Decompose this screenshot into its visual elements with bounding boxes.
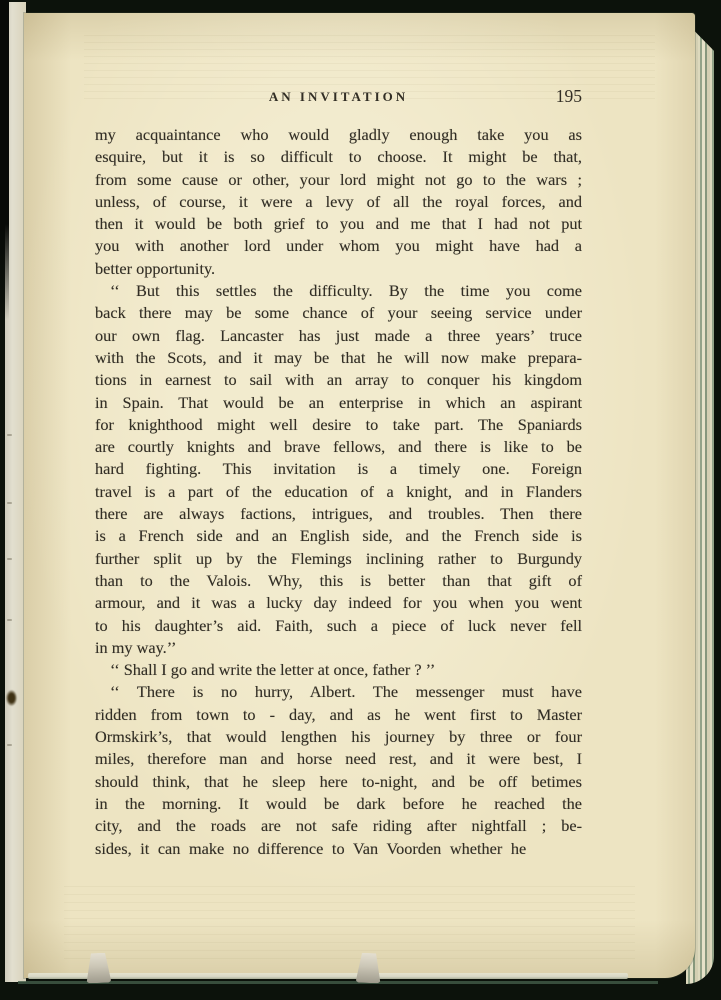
text-line: ‘‘ Shall I go and write the letter at on… [95, 659, 582, 681]
edge-mark [7, 558, 12, 560]
text-line: are courtly knights and brave fellows, a… [95, 436, 582, 458]
text-line: tions in earnest to sail with an array t… [95, 369, 582, 391]
text-line: from some cause or other, your lord migh… [95, 169, 582, 191]
running-title: AN INVITATION [95, 89, 582, 105]
text-line: esquire, but it is so difficult to choos… [95, 146, 582, 168]
text-line: you with another lord under whom you mig… [95, 235, 582, 257]
text-line: hard fighting. This invitation is a time… [95, 458, 582, 480]
text-line: should think, that he sleep here to-nigh… [95, 771, 582, 793]
book-photo: AN INVITATION 195 my acquaintance who wo… [0, 0, 721, 1000]
text-line: is a French side and an English side, an… [95, 525, 582, 547]
edge-mark [7, 502, 12, 504]
edge-mark [7, 619, 12, 621]
text-line: sides, it can make no difference to Van … [95, 838, 582, 860]
text-line: than to the Valois. Why, this is better … [95, 570, 582, 592]
edge-mark [7, 434, 12, 436]
text-line: then it would be both grief to you and m… [95, 213, 582, 235]
text-line: ridden from town to - day, and as he wen… [95, 704, 582, 726]
text-line: better opportunity. [95, 258, 582, 280]
text-line: ‘‘ There is no hurry, Albert. The messen… [95, 681, 582, 703]
text-line: in Spain. That would be an enterprise in… [95, 392, 582, 414]
text-line: our own flag. Lancaster has just made a … [95, 325, 582, 347]
page-header: AN INVITATION 195 [95, 89, 582, 111]
page-number: 195 [556, 86, 582, 107]
text-line: armour, and it was a lucky day indeed fo… [95, 592, 582, 614]
text-line: to his daughter’s aid. Faith, such a pie… [95, 615, 582, 637]
text-line: further split up by the Flemings inclini… [95, 548, 582, 570]
text-line: there are always factions, intrigues, an… [95, 503, 582, 525]
text-line: miles, therefore man and horse need rest… [95, 748, 582, 770]
text-line: Ormskirk’s, that would lengthen his jour… [95, 726, 582, 748]
text-line: back there may be some chance of your se… [95, 302, 582, 324]
text-line: for knighthood might well desire to take… [95, 414, 582, 436]
text-line: in the morning. It would be dark before … [95, 793, 582, 815]
page-bottom-edge [28, 973, 628, 979]
body-text: my acquaintance who would gladly enough … [95, 124, 582, 860]
text-line: travel is a part of the education of a k… [95, 481, 582, 503]
book-bottom-reflection [18, 981, 658, 984]
book-spine-shadow [0, 0, 9, 320]
text-line: city, and the roads are not safe riding … [95, 815, 582, 837]
text-line: with the Scots, and it may be that he wi… [95, 347, 582, 369]
text-line: my acquaintance who would gladly enough … [95, 124, 582, 146]
text-line: ‘‘ But this settles the difficulty. By t… [95, 280, 582, 302]
ink-blot [6, 690, 17, 706]
edge-mark [7, 744, 12, 746]
book-page: AN INVITATION 195 my acquaintance who wo… [24, 13, 695, 978]
text-line: unless, of course, it were a levy of all… [95, 191, 582, 213]
text-line: in my way.’’ [95, 637, 582, 659]
